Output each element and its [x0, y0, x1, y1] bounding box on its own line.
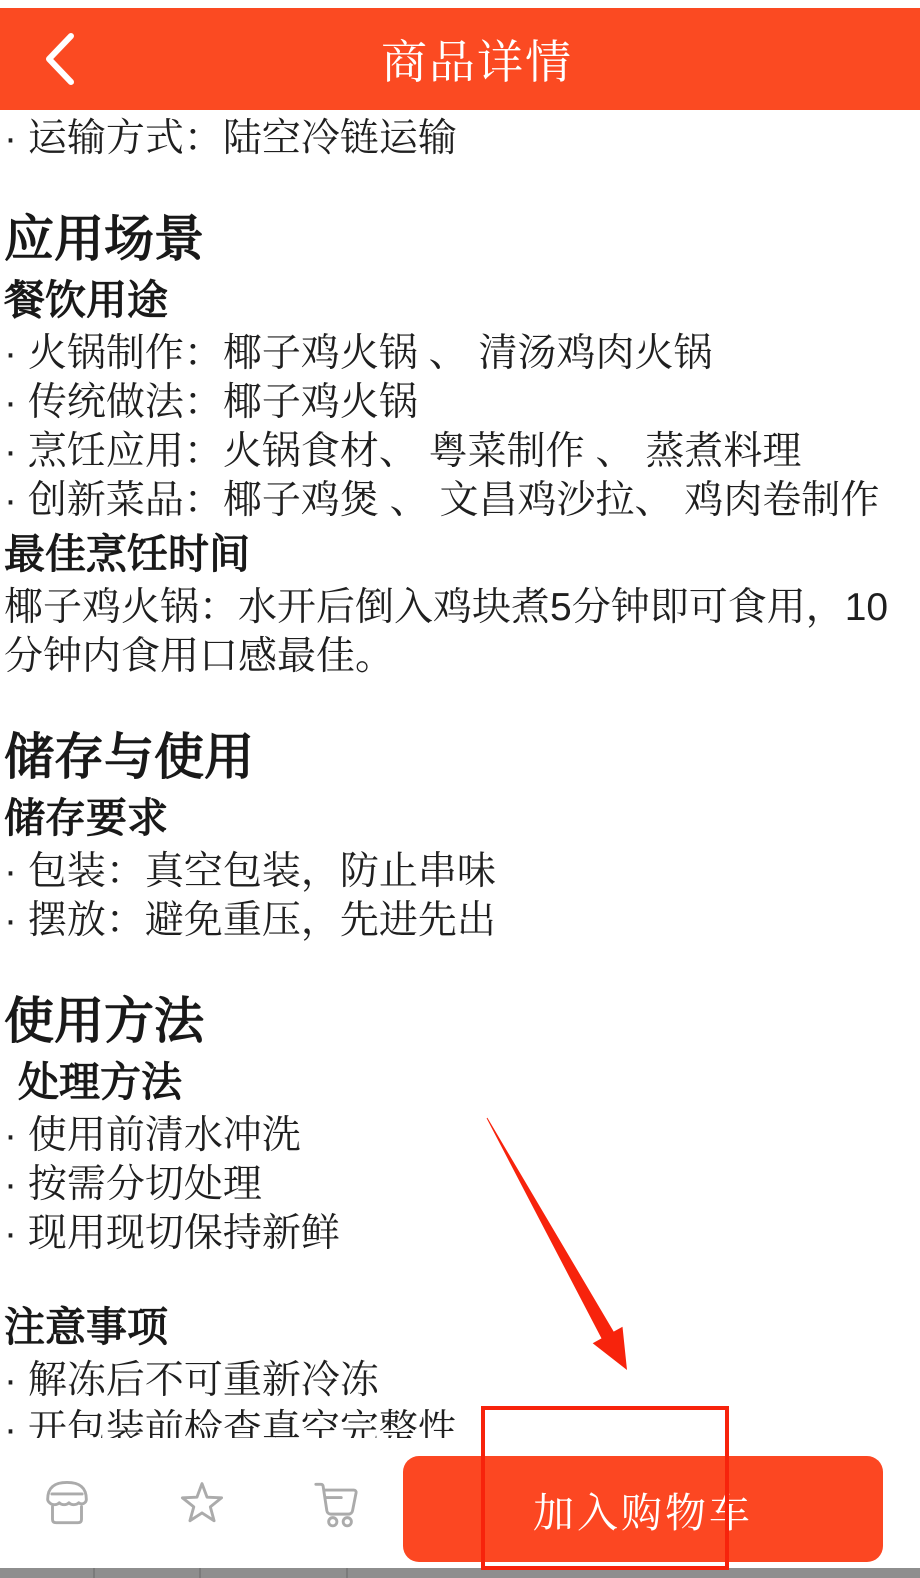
section-heading: 餐饮用途 — [4, 275, 914, 325]
cart-icon — [308, 1474, 366, 1532]
favorite-button[interactable] — [173, 1474, 231, 1532]
list-item: · 按需分切处理 — [4, 1160, 914, 1209]
section-heading: 处理方法 — [4, 1057, 914, 1107]
bottom-edge-strip — [0, 1568, 920, 1578]
product-description: · 运输方式：陆空冷链运输应用场景餐饮用途· 火锅制作：椰子鸡火锅 、 清汤鸡肉… — [0, 112, 920, 1438]
strip-divider — [346, 1568, 348, 1578]
add-to-cart-button[interactable]: 加入购物车 — [403, 1456, 883, 1562]
app-header: 商品详情 — [0, 8, 920, 110]
list-item: · 烹饪应用：火锅食材、 粤菜制作 、 蒸煮料理 — [4, 427, 914, 476]
favorite-star-icon — [173, 1474, 231, 1532]
product-detail-page: 商品详情 · 运输方式：陆空冷链运输应用场景餐饮用途· 火锅制作：椰子鸡火锅 、… — [0, 0, 920, 1578]
list-item: · 传统做法：椰子鸡火锅 — [4, 378, 914, 427]
section-heading: 储存要求 — [4, 793, 914, 843]
list-item: · 现用现切保持新鲜 — [4, 1209, 914, 1258]
cart-button[interactable] — [308, 1474, 366, 1532]
bottom-action-bar: 加入购物车 — [0, 1438, 920, 1568]
list-item: · 解冻后不可重新冷冻 — [4, 1356, 914, 1405]
back-chevron-icon — [43, 31, 77, 90]
section-heading: 使用方法 — [4, 993, 914, 1049]
list-item: · 摆放：避免重压，先进先出 — [4, 896, 914, 945]
section-heading: 注意事项 — [4, 1302, 914, 1352]
back-button[interactable] — [28, 26, 92, 94]
section-heading: 储存与使用 — [4, 729, 914, 785]
section-heading: 应用场景 — [4, 211, 914, 267]
paragraph: 椰子鸡火锅：水开后倒入鸡块煮5分钟即可食用，10分钟内食用口感最佳。 — [4, 583, 914, 681]
strip-divider — [199, 1568, 201, 1578]
list-item: · 运输方式：陆空冷链运输 — [4, 114, 914, 163]
list-item: · 创新菜品：椰子鸡煲 、 文昌鸡沙拉、 鸡肉卷制作 — [4, 476, 914, 525]
list-item: · 包装：真空包装，防止串味 — [4, 847, 914, 896]
section-heading: 最佳烹饪时间 — [4, 529, 914, 579]
strip-divider — [93, 1568, 95, 1578]
page-title: 商品详情 — [381, 26, 573, 92]
store-button[interactable] — [38, 1474, 96, 1532]
list-item: · 使用前清水冲洗 — [4, 1111, 914, 1160]
list-item: · 开包装前检查真空完整性 — [4, 1405, 914, 1438]
store-icon — [38, 1474, 96, 1532]
list-item: · 火锅制作：椰子鸡火锅 、 清汤鸡肉火锅 — [4, 329, 914, 378]
